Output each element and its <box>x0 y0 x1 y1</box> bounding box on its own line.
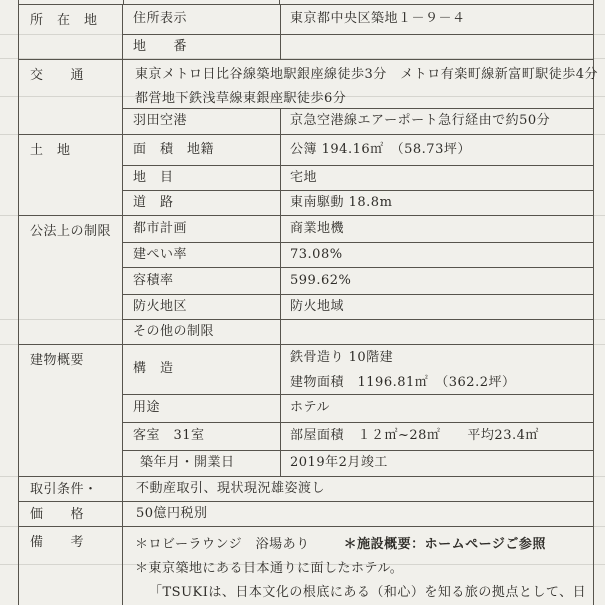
table-top-edge <box>19 0 593 5</box>
section-label-transaction-terms: 取引条件・ <box>19 477 123 501</box>
row-land-category: 地 目 宅地 <box>123 166 593 191</box>
transit-line-1: 東京メトロ日比谷線築地駅銀座線徒歩3分 メトロ有楽町線新富町駅徒歩4分 <box>135 63 598 87</box>
label-city-planning: 都市計画 <box>123 216 281 242</box>
label-floor-area-ratio: 容積率 <box>123 268 281 294</box>
row-floor-area-ratio: 容積率 599.62% <box>123 268 593 295</box>
transit-line-2: 都営地下鉄浅草線東銀座駅徒歩6分 <box>135 87 598 111</box>
value-land-area: 公簿 194.16㎡ （58.73坪） <box>281 135 593 165</box>
remarks-line-2: ＊東京築地にある日本通りに面したホテル。 <box>135 557 589 581</box>
section-location: 所 在 地 住所表示 東京都中央区築地１－９－４ 地 番 <box>19 5 593 60</box>
label-fire-prevention-district: 防火地区 <box>123 295 281 319</box>
row-construction-date: 築年月・開業日 2019年2月竣工 <box>123 451 593 476</box>
scanned-property-sheet: 所 在 地 住所表示 東京都中央区築地１－９－４ 地 番 交 通 東京メトロ日比… <box>0 0 605 605</box>
label-lot-number: 地 番 <box>123 35 281 59</box>
value-building-coverage-ratio: 73.08% <box>281 243 593 267</box>
section-legal-restrictions: 公法上の制限 都市計画 商業地機 建ぺい率 73.08% 容積率 599.62%… <box>19 216 593 345</box>
label-land-category: 地 目 <box>123 166 281 190</box>
value-haneda-access: 京急空港線エアーポート急行経由で約50分 <box>281 109 593 134</box>
value-fire-prevention-district: 防火地域 <box>281 295 593 319</box>
value-road: 東南駆動 18.8m <box>281 191 593 215</box>
label-address-display: 住所表示 <box>123 5 281 34</box>
section-label-transit: 交 通 <box>19 60 123 134</box>
section-label-remarks: 備 考 <box>19 527 123 605</box>
remarks-line-3: 「TSUKIは、日本文化の根底にある（和心）を知る旅の拠点として、日 <box>135 581 589 605</box>
value-land-category: 宅地 <box>281 166 593 190</box>
remarks-text: ＊ロビーラウンジ 浴場あり＊施設概要：ホームページご参照 ＊東京築地にある日本通… <box>123 527 593 605</box>
label-other-restrictions: その他の制限 <box>123 320 281 344</box>
row-land-area: 面 積 地籍 公簿 194.16㎡ （58.73坪） <box>123 135 593 166</box>
structure-line-1: 鉄骨造り 10階建 <box>290 345 393 370</box>
value-address: 東京都中央区築地１－９－４ <box>281 5 593 34</box>
row-usage: 用途 ホテル <box>123 395 593 423</box>
value-city-planning: 商業地機 <box>281 216 593 242</box>
value-lot-number <box>281 35 593 59</box>
row-lot-number: 地 番 <box>123 35 593 59</box>
row-other-restrictions: その他の制限 <box>123 320 593 344</box>
section-label-legal-restrictions: 公法上の制限 <box>19 216 123 344</box>
structure-line-2: 建物面積 1196.81㎡ （362.2坪） <box>290 370 515 395</box>
label-road: 道 路 <box>123 191 281 215</box>
value-price: 50億円税別 <box>123 502 593 526</box>
section-building-overview: 建物概要 構 造 鉄骨造り 10階建 建物面積 1196.81㎡ （362.2坪… <box>19 345 593 477</box>
row-structure: 構 造 鉄骨造り 10階建 建物面積 1196.81㎡ （362.2坪） <box>123 345 593 395</box>
section-label-price: 価 格 <box>19 502 123 526</box>
row-haneda-airport: 羽田空港 京急空港線エアーポート急行経由で約50分 <box>123 109 593 134</box>
value-usage: ホテル <box>281 395 593 422</box>
section-transit: 交 通 東京メトロ日比谷線築地駅銀座線徒歩3分 メトロ有楽町線新富町駅徒歩4分 … <box>19 60 593 135</box>
label-usage: 用途 <box>123 395 281 422</box>
value-floor-area-ratio: 599.62% <box>281 268 593 294</box>
row-city-planning: 都市計画 商業地機 <box>123 216 593 243</box>
row-address: 住所表示 東京都中央区築地１－９－４ <box>123 5 593 35</box>
label-land-area: 面 積 地籍 <box>123 135 281 165</box>
label-haneda-airport: 羽田空港 <box>123 109 281 134</box>
row-guest-rooms: 客室 31室 部屋面積 １２㎡~28㎡ 平均23.4㎡ <box>123 423 593 451</box>
value-room-sizes: 部屋面積 １２㎡~28㎡ 平均23.4㎡ <box>281 423 593 450</box>
remarks-lounge-note: ＊ロビーラウンジ 浴場あり <box>135 537 310 552</box>
label-construction-date: 築年月・開業日 <box>123 451 281 476</box>
label-structure: 構 造 <box>123 345 281 394</box>
section-transaction-terms: 取引条件・ 不動産取引、現状現況雄姿渡し <box>19 477 593 502</box>
grid-tick <box>279 0 280 4</box>
remarks-line-1: ＊ロビーラウンジ 浴場あり＊施設概要：ホームページご参照 <box>135 533 589 557</box>
property-table: 所 在 地 住所表示 東京都中央区築地１－９－４ 地 番 交 通 東京メトロ日比… <box>18 0 594 605</box>
value-construction-date: 2019年2月竣工 <box>281 451 593 476</box>
row-building-coverage-ratio: 建ぺい率 73.08% <box>123 243 593 268</box>
transit-lines-text: 東京メトロ日比谷線築地駅銀座線徒歩3分 メトロ有楽町線新富町駅徒歩4分 都営地下… <box>123 60 598 108</box>
label-building-coverage-ratio: 建ぺい率 <box>123 243 281 267</box>
value-transaction-terms: 不動産取引、現状現況雄姿渡し <box>123 477 593 501</box>
section-label-location: 所 在 地 <box>19 5 123 59</box>
section-price: 価 格 50億円税別 <box>19 502 593 527</box>
grid-tick <box>123 0 124 4</box>
section-remarks: 備 考 ＊ロビーラウンジ 浴場あり＊施設概要：ホームページご参照 ＊東京築地にあ… <box>19 527 593 605</box>
value-other-restrictions <box>281 320 593 344</box>
row-fire-prevention-district: 防火地区 防火地域 <box>123 295 593 320</box>
section-land: 土 地 面 積 地籍 公簿 194.16㎡ （58.73坪） 地 目 宅地 道 … <box>19 135 593 216</box>
value-structure: 鉄骨造り 10階建 建物面積 1196.81㎡ （362.2坪） <box>281 345 593 394</box>
section-label-land: 土 地 <box>19 135 123 215</box>
row-road: 道 路 東南駆動 18.8m <box>123 191 593 215</box>
row-transit-lines: 東京メトロ日比谷線築地駅銀座線徒歩3分 メトロ有楽町線新富町駅徒歩4分 都営地下… <box>123 60 593 109</box>
label-guest-rooms: 客室 31室 <box>123 423 281 450</box>
remarks-facility-note: ＊施設概要：ホームページご参照 <box>344 537 546 552</box>
section-label-building-overview: 建物概要 <box>19 345 123 476</box>
